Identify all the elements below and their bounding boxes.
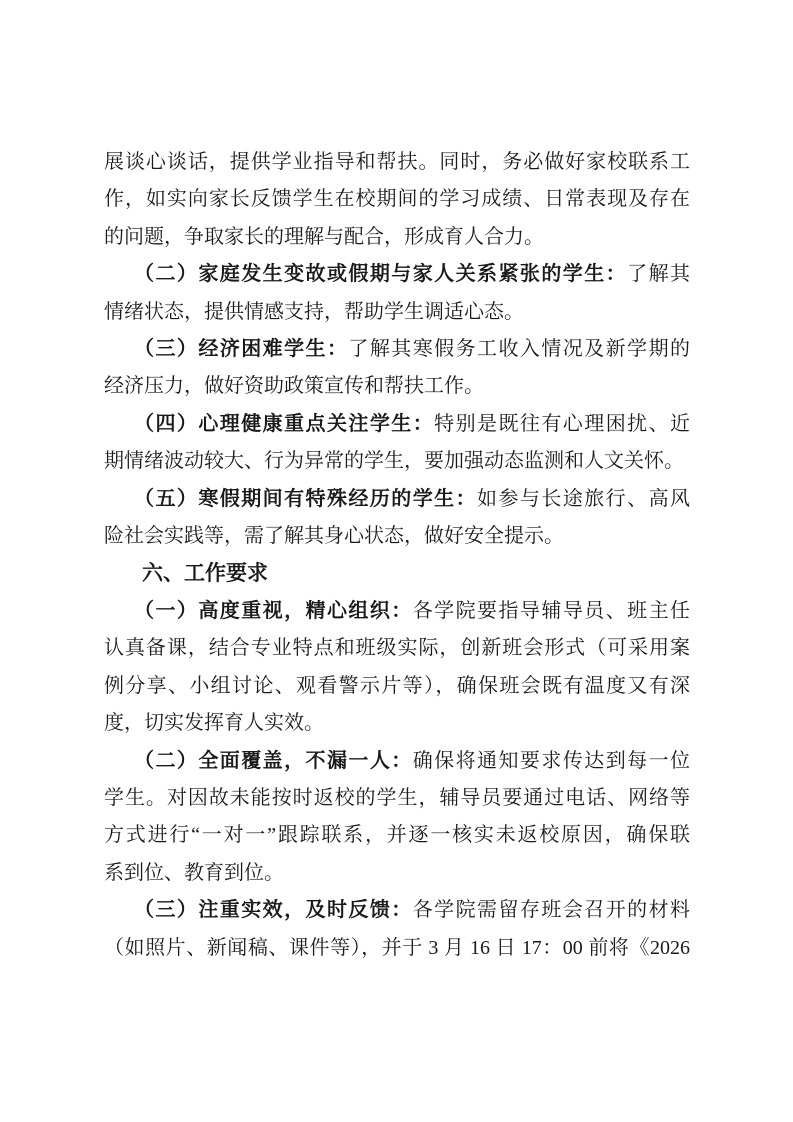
text-run: 认真备课，结合专业特点和班级实际，创新班会形式（可采用案 [104,637,690,659]
text-line: 期情绪波动较大、行为异常的学生，要加强动态监测和人文关怀。 [104,443,690,480]
text-line: 作，如实向家长反馈学生在校期间的学习成绩、日常表现及存在 [104,181,690,218]
section-heading: 六、工作要求 [104,555,690,592]
text-run: 各学院需留存班会召开的材料 [413,899,690,921]
text-line: 度，切实发挥育人实效。 [104,705,690,742]
text-run-bold: （三）经济困难学生： [134,338,348,360]
text-run-bold: （一）高度重视，精心组织： [134,600,413,622]
paragraph: （三）注重实效，及时反馈：各学院需留存班会召开的材料（如照片、新闻稿、课件等），… [104,892,690,967]
text-run: 方式进行“一对一”跟踪联系，并逐一核实未返校原因，确保联 [104,824,690,846]
text-line: （三）经济困难学生：了解其寒假务工收入情况及新学期的 [104,331,690,368]
paragraph: （三）经济困难学生：了解其寒假务工收入情况及新学期的经济压力，做好资助政策宣传和… [104,331,690,406]
text-run-bold: （三）注重实效，及时反馈： [134,899,413,921]
text-line: 学生。对因故未能按时返校的学生，辅导员要通过电话、网络等 [104,780,690,817]
text-run-bold: （二）家庭发生变故或假期与家人关系紧张的学生： [134,263,627,285]
text-run: 各学院要指导辅导员、班主任 [413,600,690,622]
text-run: 了解其 [627,263,690,285]
document-content: 展谈心谈话，提供学业指导和帮扶。同时，务必做好家校联系工作，如实向家长反馈学生在… [104,144,690,967]
text-line: （五）寒假期间有特殊经历的学生：如参与长途旅行、高风 [104,481,690,518]
text-run: 经济压力，做好资助政策宣传和帮扶工作。 [104,375,484,397]
paragraph: （二）家庭发生变故或假期与家人关系紧张的学生：了解其情绪状态，提供情感支持，帮助… [104,256,690,331]
text-line: （四）心理健康重点关注学生：特别是既往有心理困扰、近 [104,406,690,443]
text-line: （一）高度重视，精心组织：各学院要指导辅导员、班主任 [104,593,690,630]
text-line: 险社会实践等，需了解其身心状态，做好安全提示。 [104,518,690,555]
document-page: 展谈心谈话，提供学业指导和帮扶。同时，务必做好家校联系工作，如实向家长反馈学生在… [0,0,793,1122]
text-run: 了解其寒假务工收入情况及新学期的 [348,338,690,360]
text-line: （如照片、新闻稿、课件等），并于 3 月 16 日 17：00 前将《2026 [104,930,690,967]
text-line: 方式进行“一对一”跟踪联系，并逐一核实未返校原因，确保联 [104,817,690,854]
text-line: 的问题，争取家长的理解与配合，形成育人合力。 [104,219,690,256]
text-line: 经济压力，做好资助政策宣传和帮扶工作。 [104,368,690,405]
text-run-bold: 六、工作要求 [142,562,268,585]
text-run: 系到位、教育到位。 [104,862,284,884]
text-run: 展谈心谈话，提供学业指导和帮扶。同时，务必做好家校联系工 [104,151,690,173]
paragraph: （五）寒假期间有特殊经历的学生：如参与长途旅行、高风险社会实践等，需了解其身心状… [104,481,690,556]
text-line: （三）注重实效，及时反馈：各学院需留存班会召开的材料 [104,892,690,929]
text-run: 期情绪波动较大、行为异常的学生，要加强动态监测和人文关怀。 [104,450,684,472]
paragraph: 展谈心谈话，提供学业指导和帮扶。同时，务必做好家校联系工作，如实向家长反馈学生在… [104,144,690,256]
text-line: 展谈心谈话，提供学业指导和帮扶。同时，务必做好家校联系工 [104,144,690,181]
text-run-bold: （二）全面覆盖，不漏一人： [134,750,413,772]
text-run: 度，切实发挥育人实效。 [104,712,324,734]
text-run: 特别是既往有心理困扰、近 [434,413,690,435]
paragraph: （一）高度重视，精心组织：各学院要指导辅导员、班主任认真备课，结合专业特点和班级… [104,593,690,743]
text-line: 认真备课，结合专业特点和班级实际，创新班会形式（可采用案 [104,630,690,667]
paragraph: （四）心理健康重点关注学生：特别是既往有心理困扰、近期情绪波动较大、行为异常的学… [104,406,690,481]
text-line: 六、工作要求 [104,555,690,592]
text-line: （二）家庭发生变故或假期与家人关系紧张的学生：了解其 [104,256,690,293]
text-line: 例分享、小组讨论、观看警示片等），确保班会既有温度又有深 [104,668,690,705]
text-run: 学生。对因故未能按时返校的学生，辅导员要通过电话、网络等 [104,787,690,809]
text-line: 情绪状态，提供情感支持，帮助学生调适心态。 [104,294,690,331]
text-line: （二）全面覆盖，不漏一人：确保将通知要求传达到每一位 [104,743,690,780]
text-run: 的问题，争取家长的理解与配合，形成育人合力。 [104,226,544,248]
text-run-bold: （四）心理健康重点关注学生： [134,413,434,435]
paragraph: （二）全面覆盖，不漏一人：确保将通知要求传达到每一位学生。对因故未能按时返校的学… [104,743,690,893]
text-run: 作，如实向家长反馈学生在校期间的学习成绩、日常表现及存在 [104,188,690,210]
text-run: 险社会实践等，需了解其身心状态，做好安全提示。 [104,525,564,547]
text-run-bold: （五）寒假期间有特殊经历的学生： [134,488,477,510]
text-line: 系到位、教育到位。 [104,855,690,892]
text-run: 确保将通知要求传达到每一位 [413,750,690,772]
text-run: 例分享、小组讨论、观看警示片等），确保班会既有温度又有深 [104,675,690,697]
text-run: （如照片、新闻稿、课件等），并于 3 月 16 日 17：00 前将《2026 [104,937,690,959]
text-run: 情绪状态，提供情感支持，帮助学生调适心态。 [104,301,524,323]
text-run: 如参与长途旅行、高风 [477,488,690,510]
